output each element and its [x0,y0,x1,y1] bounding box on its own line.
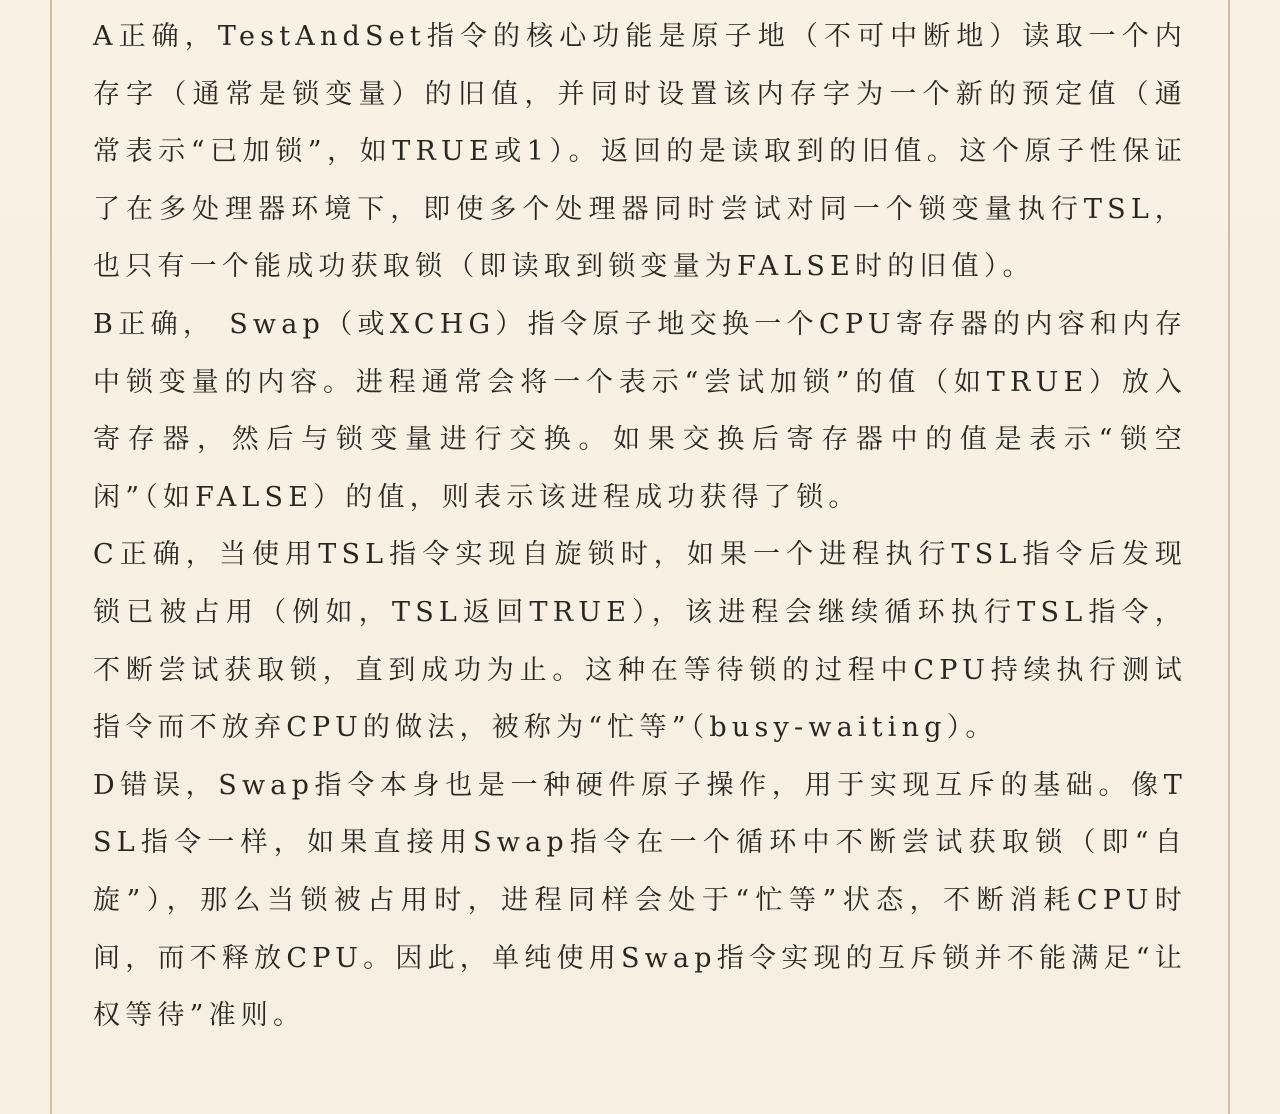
option-a-explanation: A正确，TestAndSet指令的核心功能是原子地（不可中断地）读取一个内存字（… [93,8,1187,296]
answer-explanation: A正确，TestAndSet指令的核心功能是原子地（不可中断地）读取一个内存字（… [93,8,1187,1045]
left-margin-rule [50,0,52,1114]
option-c-explanation: C正确，当使用TSL指令实现自旋锁时，如果一个进程执行TSL指令后发现锁已被占用… [93,526,1187,756]
right-margin-rule [1228,0,1230,1114]
option-d-explanation: D错误，Swap指令本身也是一种硬件原子操作，用于实现互斥的基础。像TSL指令一… [93,757,1187,1045]
option-b-explanation: B正确， Swap（或XCHG）指令原子地交换一个CPU寄存器的内容和内存中锁变… [93,296,1187,526]
